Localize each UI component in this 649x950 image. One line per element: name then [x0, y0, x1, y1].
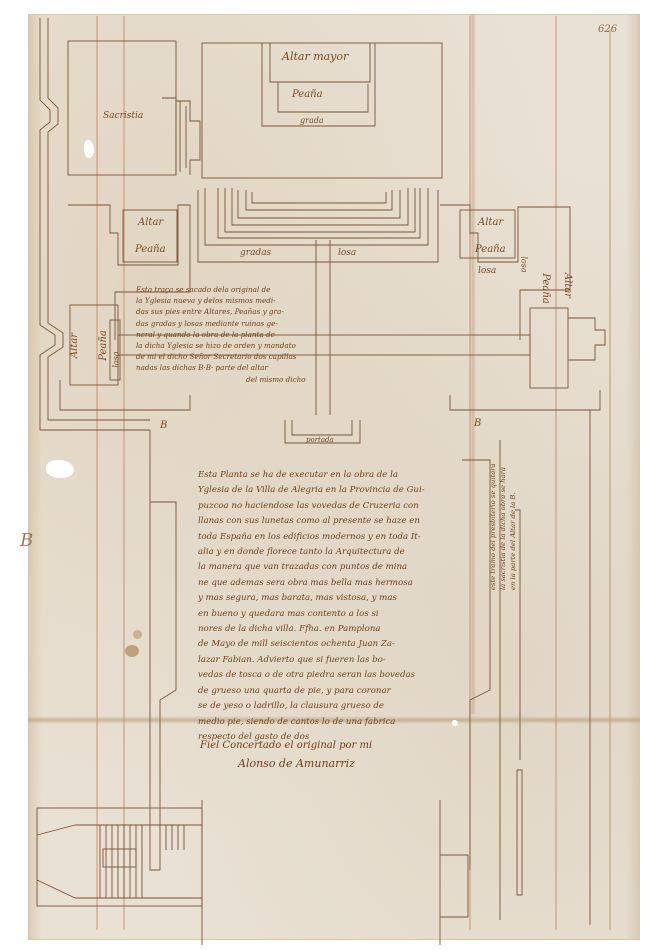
upper-note-line: das gradas y losas mediante ruinas ge-: [136, 318, 336, 329]
main-note-line: llanas con sus lunetas como al presente …: [198, 514, 453, 529]
label-altar-side-right: Altar: [562, 273, 573, 298]
label-portada: portada: [306, 436, 334, 444]
paper-hole-left: [46, 460, 74, 478]
main-note-line: de grueso una quarta de pie, y para coro…: [198, 684, 453, 699]
marker-b-right: B: [474, 418, 481, 429]
signature: Alonso de Amunarriz: [238, 756, 355, 771]
label-peana-left: Peaña: [135, 244, 166, 255]
label-altar-side-left: Altar: [69, 333, 80, 358]
main-note-line: se de yeso o ladrillo, la clausura grues…: [198, 699, 453, 714]
main-note-line: de Mayo de mill seiscientos ochenta Juan…: [198, 637, 453, 652]
side-note-line: la sacristia de la dicha obra se hara: [498, 390, 508, 590]
label-peana-right: Peaña: [475, 244, 506, 255]
side-note-line: este tramo del presbiterio se quitara: [488, 390, 498, 590]
main-note-line: y mas segura, mas barata, mas vistosa, y…: [198, 591, 453, 606]
main-note-line: lazar Fabian. Advierto que si fueren las…: [198, 653, 453, 668]
main-note-line: medio pie, siendo de cantos lo de una fa…: [198, 715, 453, 730]
margin-mark-b: B: [20, 530, 33, 551]
main-note-line: toda España en los edificios modernos y …: [198, 530, 453, 545]
upper-note-line: la Yglesia nueva y delos mismos medi-: [136, 295, 336, 306]
label-altar-right: Altar: [478, 217, 503, 228]
upper-note-line: neral y quando la obra de la planta de: [136, 329, 336, 340]
upper-note-line: de mi el dicho Señor Secretario dos capi…: [136, 351, 336, 362]
label-grada-main: grada: [300, 116, 324, 125]
attestation-line: Fiel Concertado el original por mi: [200, 738, 372, 753]
paper-hole-right: [452, 720, 458, 726]
label-losa-side-left: losa: [112, 351, 121, 367]
main-note-line: vedas de tosca o de otra piedra seran la…: [198, 668, 453, 683]
main-note-line: nores de la dicha villa. Ffha. en Pamplo…: [198, 622, 453, 637]
upper-note-line: Esta traça se sacado dela original de: [136, 284, 336, 295]
main-note-line: ne que ademas sera obra mas bella mas he…: [198, 576, 453, 591]
main-note-line: puzcoa no haciendose las vovedas de Cruz…: [198, 499, 453, 514]
label-gradas: gradas: [240, 248, 271, 258]
main-note-line: Yglesia de la Villa de Alegria en la Pro…: [198, 483, 453, 498]
paper-hole-upper: [84, 140, 94, 158]
upper-note-line: la dicha Yglesia se hizo de orden y mand…: [136, 340, 336, 351]
upper-note-line: nadas las dichas B·B· parte del altar: [136, 362, 336, 373]
side-note-line: en la parte del Altar de la B.: [508, 390, 518, 590]
main-note-line: en bueno y quedara mas contento a los si: [198, 607, 453, 622]
label-losa-right: losa: [478, 266, 496, 276]
label-peana-side-left: Peaña: [98, 330, 109, 361]
main-note: Esta Planta se ha de executar en la obra…: [198, 468, 453, 745]
stair-treads: [100, 825, 184, 898]
label-peana-side-right: Peaña: [540, 273, 551, 304]
upper-note-line: del mismo dicho: [136, 374, 336, 385]
main-note-line: alia y en donde florece tanto la Arquite…: [198, 545, 453, 560]
label-losa-side-right: losa: [520, 256, 529, 272]
main-note-line: la manera que van trazadas con puntos de…: [198, 560, 453, 575]
ink-stain: [125, 645, 139, 657]
label-altar-left: Altar: [138, 217, 163, 228]
upper-note-line: das sus pies entre Altares, Peañas y gra…: [136, 306, 336, 317]
folio-number: 626: [598, 24, 617, 35]
main-note-line: Esta Planta se ha de executar en la obra…: [198, 468, 453, 483]
label-sacristia: Sacristia: [103, 111, 143, 121]
label-peana-main: Peaña: [292, 89, 323, 100]
side-note: este tramo del presbiterio se quitara la…: [488, 390, 518, 590]
marker-b-left: B: [160, 420, 167, 431]
label-altar-mayor: Altar mayor: [282, 50, 348, 63]
label-losa-center: losa: [338, 248, 356, 258]
upper-note: Esta traça se sacado dela original de la…: [136, 284, 336, 385]
ink-stain: [133, 630, 142, 639]
